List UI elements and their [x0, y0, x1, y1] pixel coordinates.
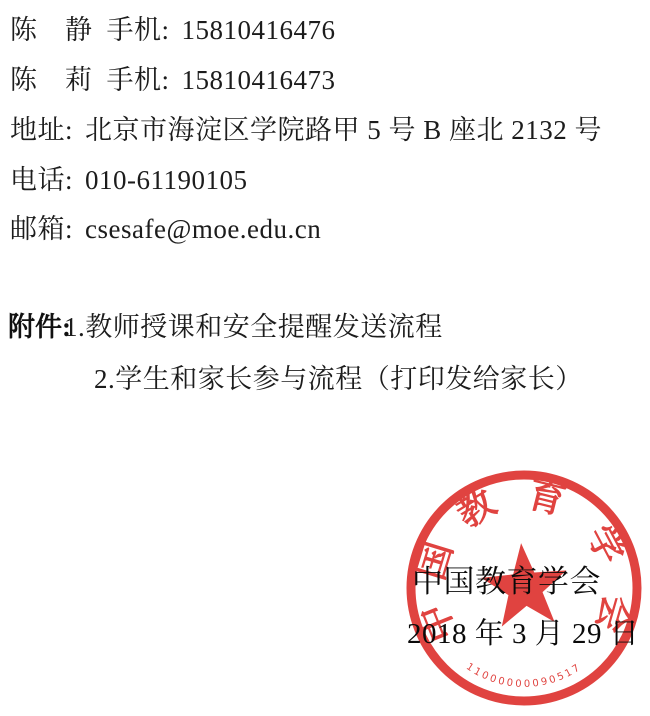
- contact-name: 陈 莉: [10, 58, 93, 97]
- email-value: csesafe@moe.edu.cn: [85, 214, 321, 244]
- attachments-label: 附件:: [8, 305, 71, 344]
- mobile-label: 手机:: [107, 15, 170, 45]
- phone-row: 电话:010-61190105: [10, 158, 248, 197]
- mobile-number: 15810416476: [182, 15, 336, 45]
- seal-ring-char: 教: [450, 481, 504, 537]
- phone-value: 010-61190105: [85, 165, 248, 195]
- address-row: 地址:北京市海淀区学院路甲 5 号 B 座北 2132 号: [10, 108, 602, 147]
- seal-serial-number: 11000000090517: [464, 661, 584, 690]
- mobile-label: 手机:: [107, 65, 170, 95]
- signature-date: 2018 年 3 月 29 日: [407, 611, 639, 652]
- seal-ring-char: 育: [523, 473, 569, 523]
- contact-row-chen-li: 陈 莉手机:15810416473: [10, 58, 336, 97]
- attachment-item-1: 1.教师授课和安全提醒发送流程: [64, 305, 443, 344]
- phone-label: 电话:: [10, 158, 73, 197]
- address-value: 北京市海淀区学院路甲 5 号 B 座北 2132 号: [85, 115, 602, 145]
- mobile-number: 15810416473: [182, 65, 336, 95]
- address-label: 地址:: [10, 108, 73, 147]
- contact-name: 陈 静: [10, 8, 93, 47]
- contact-row-chen-jing: 陈 静手机:15810416476: [10, 8, 336, 47]
- email-row: 邮箱:csesafe@moe.edu.cn: [10, 207, 321, 246]
- signature-organization: 中国教育学会: [412, 556, 601, 601]
- email-label: 邮箱:: [10, 207, 73, 246]
- attachment-item-2: 2.学生和家长参与流程（打印发给家长）: [94, 357, 583, 396]
